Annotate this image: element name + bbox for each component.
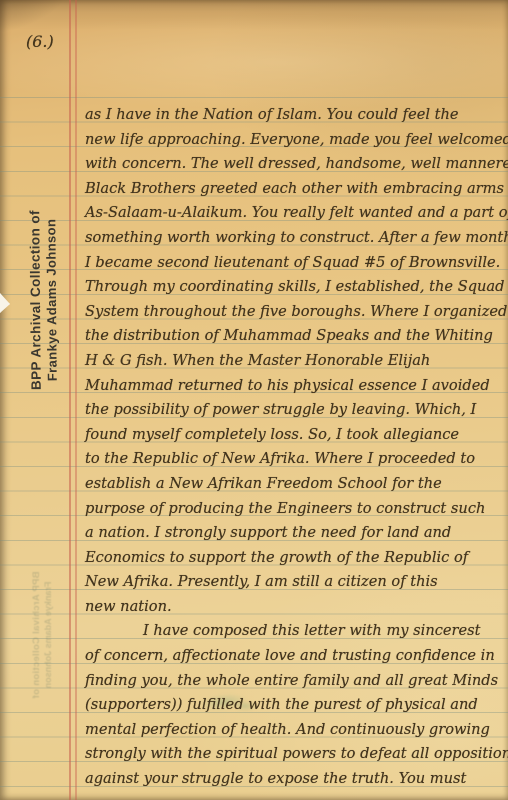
handwriting-line: establish a New Afrikan Freedom School f…: [85, 472, 504, 497]
archival-stamp-line2: Frankye Adams Johnson: [43, 155, 61, 445]
handwriting-line: I have composed this letter with my sinc…: [85, 619, 504, 644]
handwriting-line: finding you, the whole entire family and…: [85, 669, 504, 694]
handwriting-line: H & G fish. When the Master Honorable El…: [85, 349, 504, 374]
handwriting-line: System throughout the five boroughs. Whe…: [85, 300, 504, 325]
letter-body: as I have in the Nation of Islam. You co…: [85, 103, 504, 792]
handwriting-line: of concern, affectionate love and trusti…: [85, 644, 504, 669]
bleed-through-stamp: BPP Archival Collection of Frankye Adams…: [31, 540, 57, 730]
handwriting-line: new life approaching. Everyone, made you…: [85, 128, 504, 153]
handwriting-line: (supporters)) fulfilled with the purest …: [85, 693, 504, 718]
handwriting-line: mental perfection of health. And continu…: [85, 718, 504, 743]
notebook-page: (6.) BPP Archival Collection of Frankye …: [0, 0, 508, 800]
margin-line-inner: [75, 0, 77, 800]
handwriting-line: Economics to support the growth of the R…: [85, 546, 504, 571]
handwriting-line: purpose of producing the Engineers to co…: [85, 497, 504, 522]
archival-stamp: BPP Archival Collection of Frankye Adams…: [27, 155, 64, 445]
handwriting-line: New Afrika. Presently, I am still a citi…: [85, 570, 504, 595]
bleed-through-stamp-line1: BPP Archival Collection of: [31, 540, 43, 730]
handwriting-line: As-Salaam-u-Alaikum. You really felt wan…: [85, 201, 504, 226]
handwriting-line: Black Brothers greeted each other with e…: [85, 177, 504, 202]
handwriting-line: to the Republic of New Afrika. Where I p…: [85, 447, 504, 472]
bleed-through-stamp-line2: Frankye Adams Johnson: [43, 540, 54, 730]
handwriting-line: as I have in the Nation of Islam. You co…: [85, 103, 504, 128]
handwriting-line: I became second lieutenant of Squad #5 o…: [85, 251, 504, 276]
handwriting-line: a nation. I strongly support the need fo…: [85, 521, 504, 546]
handwriting-line: something worth working to construct. Af…: [85, 226, 504, 251]
handwriting-line: the possibility of power struggle by lea…: [85, 398, 504, 423]
handwriting-line: new nation.: [85, 595, 504, 620]
handwriting-line: strongly with the spiritual powers to de…: [85, 742, 504, 767]
handwriting-line: against your struggle to expose the trut…: [85, 767, 504, 792]
handwriting-line: the distribution of Muhammad Speaks and …: [85, 324, 504, 349]
handwriting-line: with concern. The well dressed, handsome…: [85, 152, 504, 177]
margin-line-outer: [69, 0, 71, 800]
page-number: (6.): [26, 32, 54, 51]
page-edge-tear: [0, 293, 10, 313]
handwriting-line: found myself completely loss. So, I took…: [85, 423, 504, 448]
handwriting-line: Through my coordinating skills, I establ…: [85, 275, 504, 300]
handwriting-line: Muhammad returned to his physical essenc…: [85, 374, 504, 399]
